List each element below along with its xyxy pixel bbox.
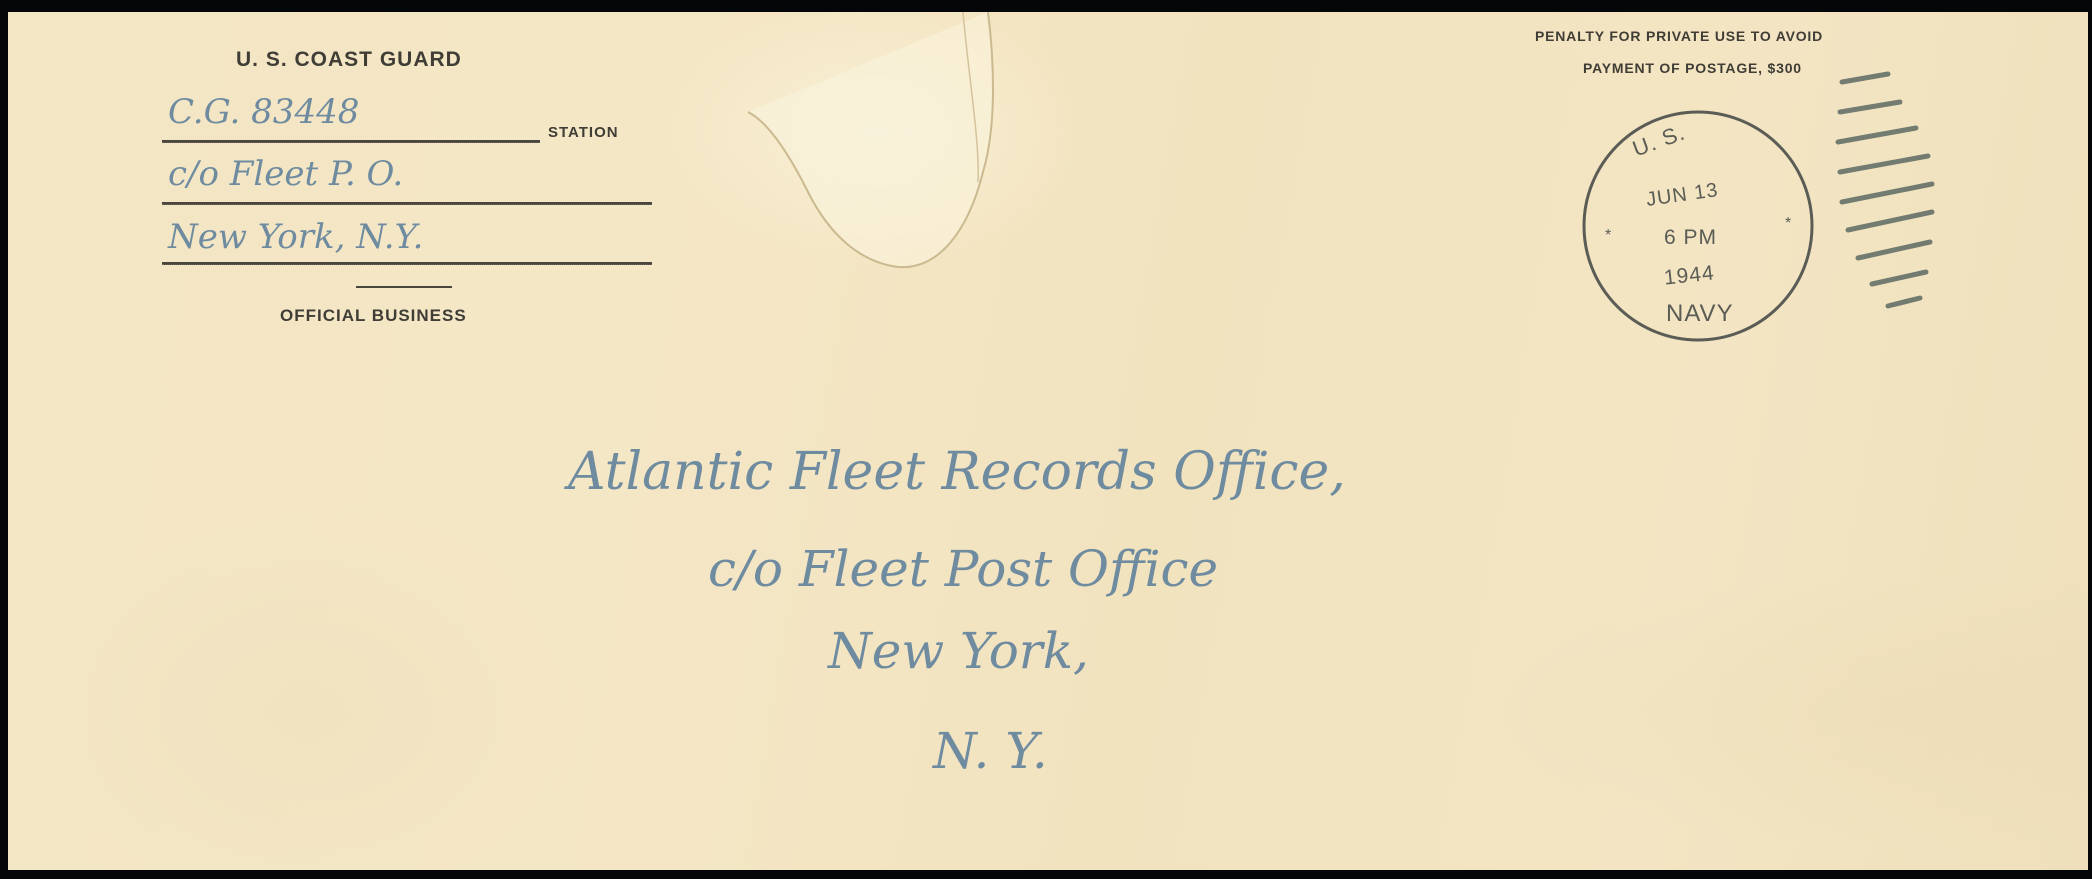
postmark: * * U. S. JUN 13 6 PM 1944 NAVY	[1580, 108, 1816, 344]
svg-text:*: *	[1785, 215, 1791, 232]
svg-text:*: *	[1605, 227, 1611, 244]
penalty-notice-line2: PAYMENT OF POSTAGE, $300	[1583, 60, 1802, 76]
official-underline	[356, 286, 452, 288]
return-heading: U. S. COAST GUARD	[236, 48, 462, 72]
return-rule-2	[162, 202, 652, 205]
address-line-4: N. Y.	[933, 722, 1048, 780]
return-line-2: c/o Fleet P. O.	[168, 154, 403, 194]
address-line-2: c/o Fleet Post Office	[708, 540, 1218, 598]
official-business-label: OFFICIAL BUSINESS	[280, 306, 467, 326]
postmark-time: 6 PM	[1664, 226, 1717, 250]
return-rule-3	[162, 262, 652, 265]
return-line-3: New York, N.Y.	[168, 217, 423, 257]
address-line-3: New York,	[828, 622, 1089, 680]
station-label: STATION	[548, 124, 619, 141]
penalty-notice-line1: PENALTY FOR PRIVATE USE TO AVOID	[1535, 28, 1823, 44]
postmark-bottom: NAVY	[1666, 300, 1734, 328]
paper-tear	[748, 12, 1008, 274]
envelope: U. S. COAST GUARD C.G. 83448 STATION c/o…	[8, 12, 2088, 870]
return-rule-1	[162, 140, 540, 143]
return-line-1: C.G. 83448	[168, 92, 359, 132]
address-line-1: Atlantic Fleet Records Office,	[568, 442, 1346, 502]
cancellation-bars-icon	[1828, 62, 1948, 312]
